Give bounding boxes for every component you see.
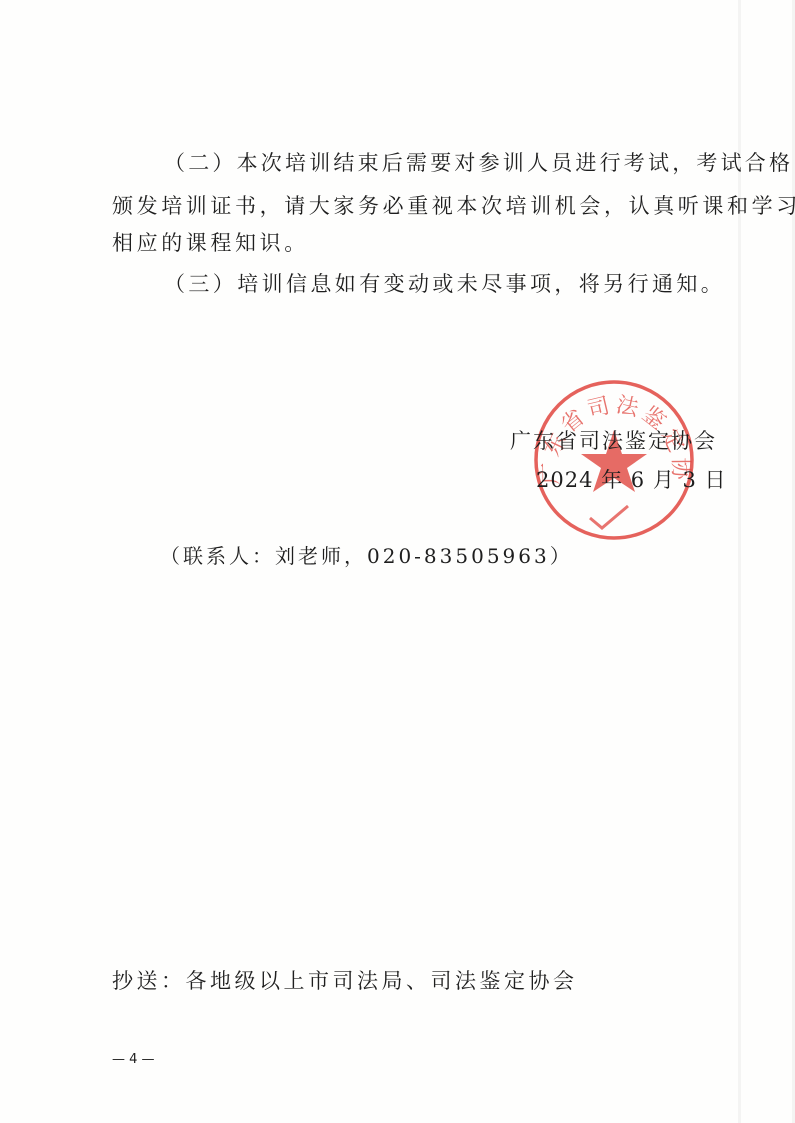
- paragraph-line: 颁发培训证书，请大家务必重视本次培训机会，认真听课和学习: [112, 186, 704, 226]
- carbon-copy-line: 抄送：各地级以上市司法局、司法鉴定协会: [112, 965, 578, 995]
- official-seal-icon: 广东省司法鉴定协会: [532, 378, 696, 542]
- contact-info: （联系人：刘老师，020-83505963）: [160, 540, 573, 569]
- signature-organization: 广东省司法鉴定协会: [510, 425, 717, 455]
- paragraph-line: （三）培训信息如有变动或未尽事项，将另行通知。: [112, 264, 704, 304]
- paragraph-line: （二）本次培训结束后需要对参训人员进行考试，考试合格: [112, 143, 704, 183]
- signature-date: 2024 年 6 月 3 日: [536, 464, 727, 494]
- paragraph-2: （二）本次培训结束后需要对参训人员进行考试，考试合格 颁发培训证书，请大家务必重…: [112, 143, 704, 263]
- paragraph-3: （三）培训信息如有变动或未尽事项，将另行通知。: [112, 264, 704, 304]
- page-number: — 4 —: [112, 1052, 155, 1067]
- document-page: （二）本次培训结束后需要对参训人员进行考试，考试合格 颁发培训证书，请大家务必重…: [0, 0, 795, 1123]
- paragraph-line: 相应的课程知识。: [112, 223, 704, 263]
